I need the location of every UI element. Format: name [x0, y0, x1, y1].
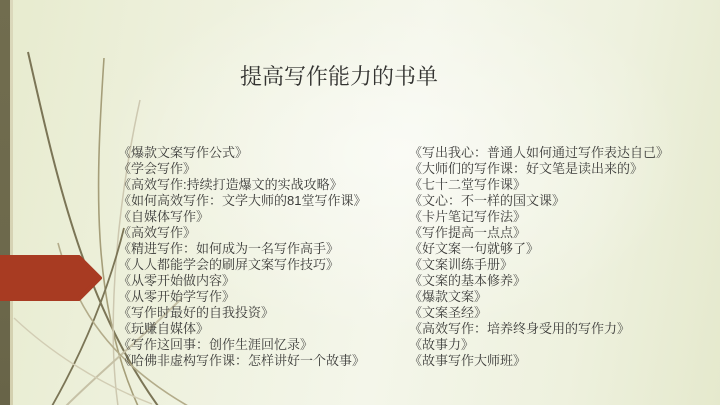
- book-item: 《文案的基本修养》: [409, 273, 669, 289]
- slide-title: 提高写作能力的书单: [240, 62, 480, 92]
- book-item: 《写作这回事：创作生涯回忆录》: [118, 337, 366, 353]
- book-item: 《爆款文案》: [409, 289, 669, 305]
- book-item: 《爆款文案写作公式》: [118, 145, 366, 161]
- book-item: 《哈佛非虚构写作课：怎样讲好一个故事》: [118, 353, 366, 369]
- book-item: 《玩赚自媒体》: [118, 321, 366, 337]
- book-item: 《好文案一句就够了》: [409, 241, 669, 257]
- book-item: 《故事力》: [409, 337, 669, 353]
- left-accent-bar-highlight: [10, 0, 13, 405]
- book-item: 《从零开始学写作》: [118, 289, 366, 305]
- book-item: 《文心：不一样的国文课》: [409, 193, 669, 209]
- book-item: 《自媒体写作》: [118, 209, 366, 225]
- left-accent-bar: [0, 0, 10, 405]
- book-item: 《精进写作：如何成为一名写作高手》: [118, 241, 366, 257]
- book-item: 《写作时最好的自我投资》: [118, 305, 366, 321]
- book-item: 《大师们的写作课：好文笔是读出来的》: [409, 161, 669, 177]
- presentation-slide: 提高写作能力的书单 《爆款文案写作公式》《学会写作》《高效写作:持续打造爆文的实…: [0, 0, 720, 405]
- book-item: 《写作提高一点点》: [409, 225, 669, 241]
- book-list-right-column: 《写出我心：普通人如何通过写作表达自己》《大师们的写作课：好文笔是读出来的》《七…: [409, 145, 669, 369]
- book-item: 《人人都能学会的刷屏文案写作技巧》: [118, 257, 366, 273]
- book-item: 《写出我心：普通人如何通过写作表达自己》: [409, 145, 669, 161]
- book-item: 《如何高效写作：文学大师的81堂写作课》: [118, 193, 366, 209]
- book-item: 《卡片笔记写作法》: [409, 209, 669, 225]
- book-item: 《故事写作大师班》: [409, 353, 669, 369]
- book-item: 《高效写作：培养终身受用的写作力》: [409, 321, 669, 337]
- book-item: 《文案圣经》: [409, 305, 669, 321]
- book-item: 《七十二堂写作课》: [409, 177, 669, 193]
- book-item: 《学会写作》: [118, 161, 366, 177]
- book-list-left-column: 《爆款文案写作公式》《学会写作》《高效写作:持续打造爆文的实战攻略》《如何高效写…: [118, 145, 366, 369]
- book-item: 《文案训练手册》: [409, 257, 669, 273]
- book-item: 《从零开始做内容》: [118, 273, 366, 289]
- book-item: 《高效写作》: [118, 225, 366, 241]
- book-item: 《高效写作:持续打造爆文的实战攻略》: [118, 177, 366, 193]
